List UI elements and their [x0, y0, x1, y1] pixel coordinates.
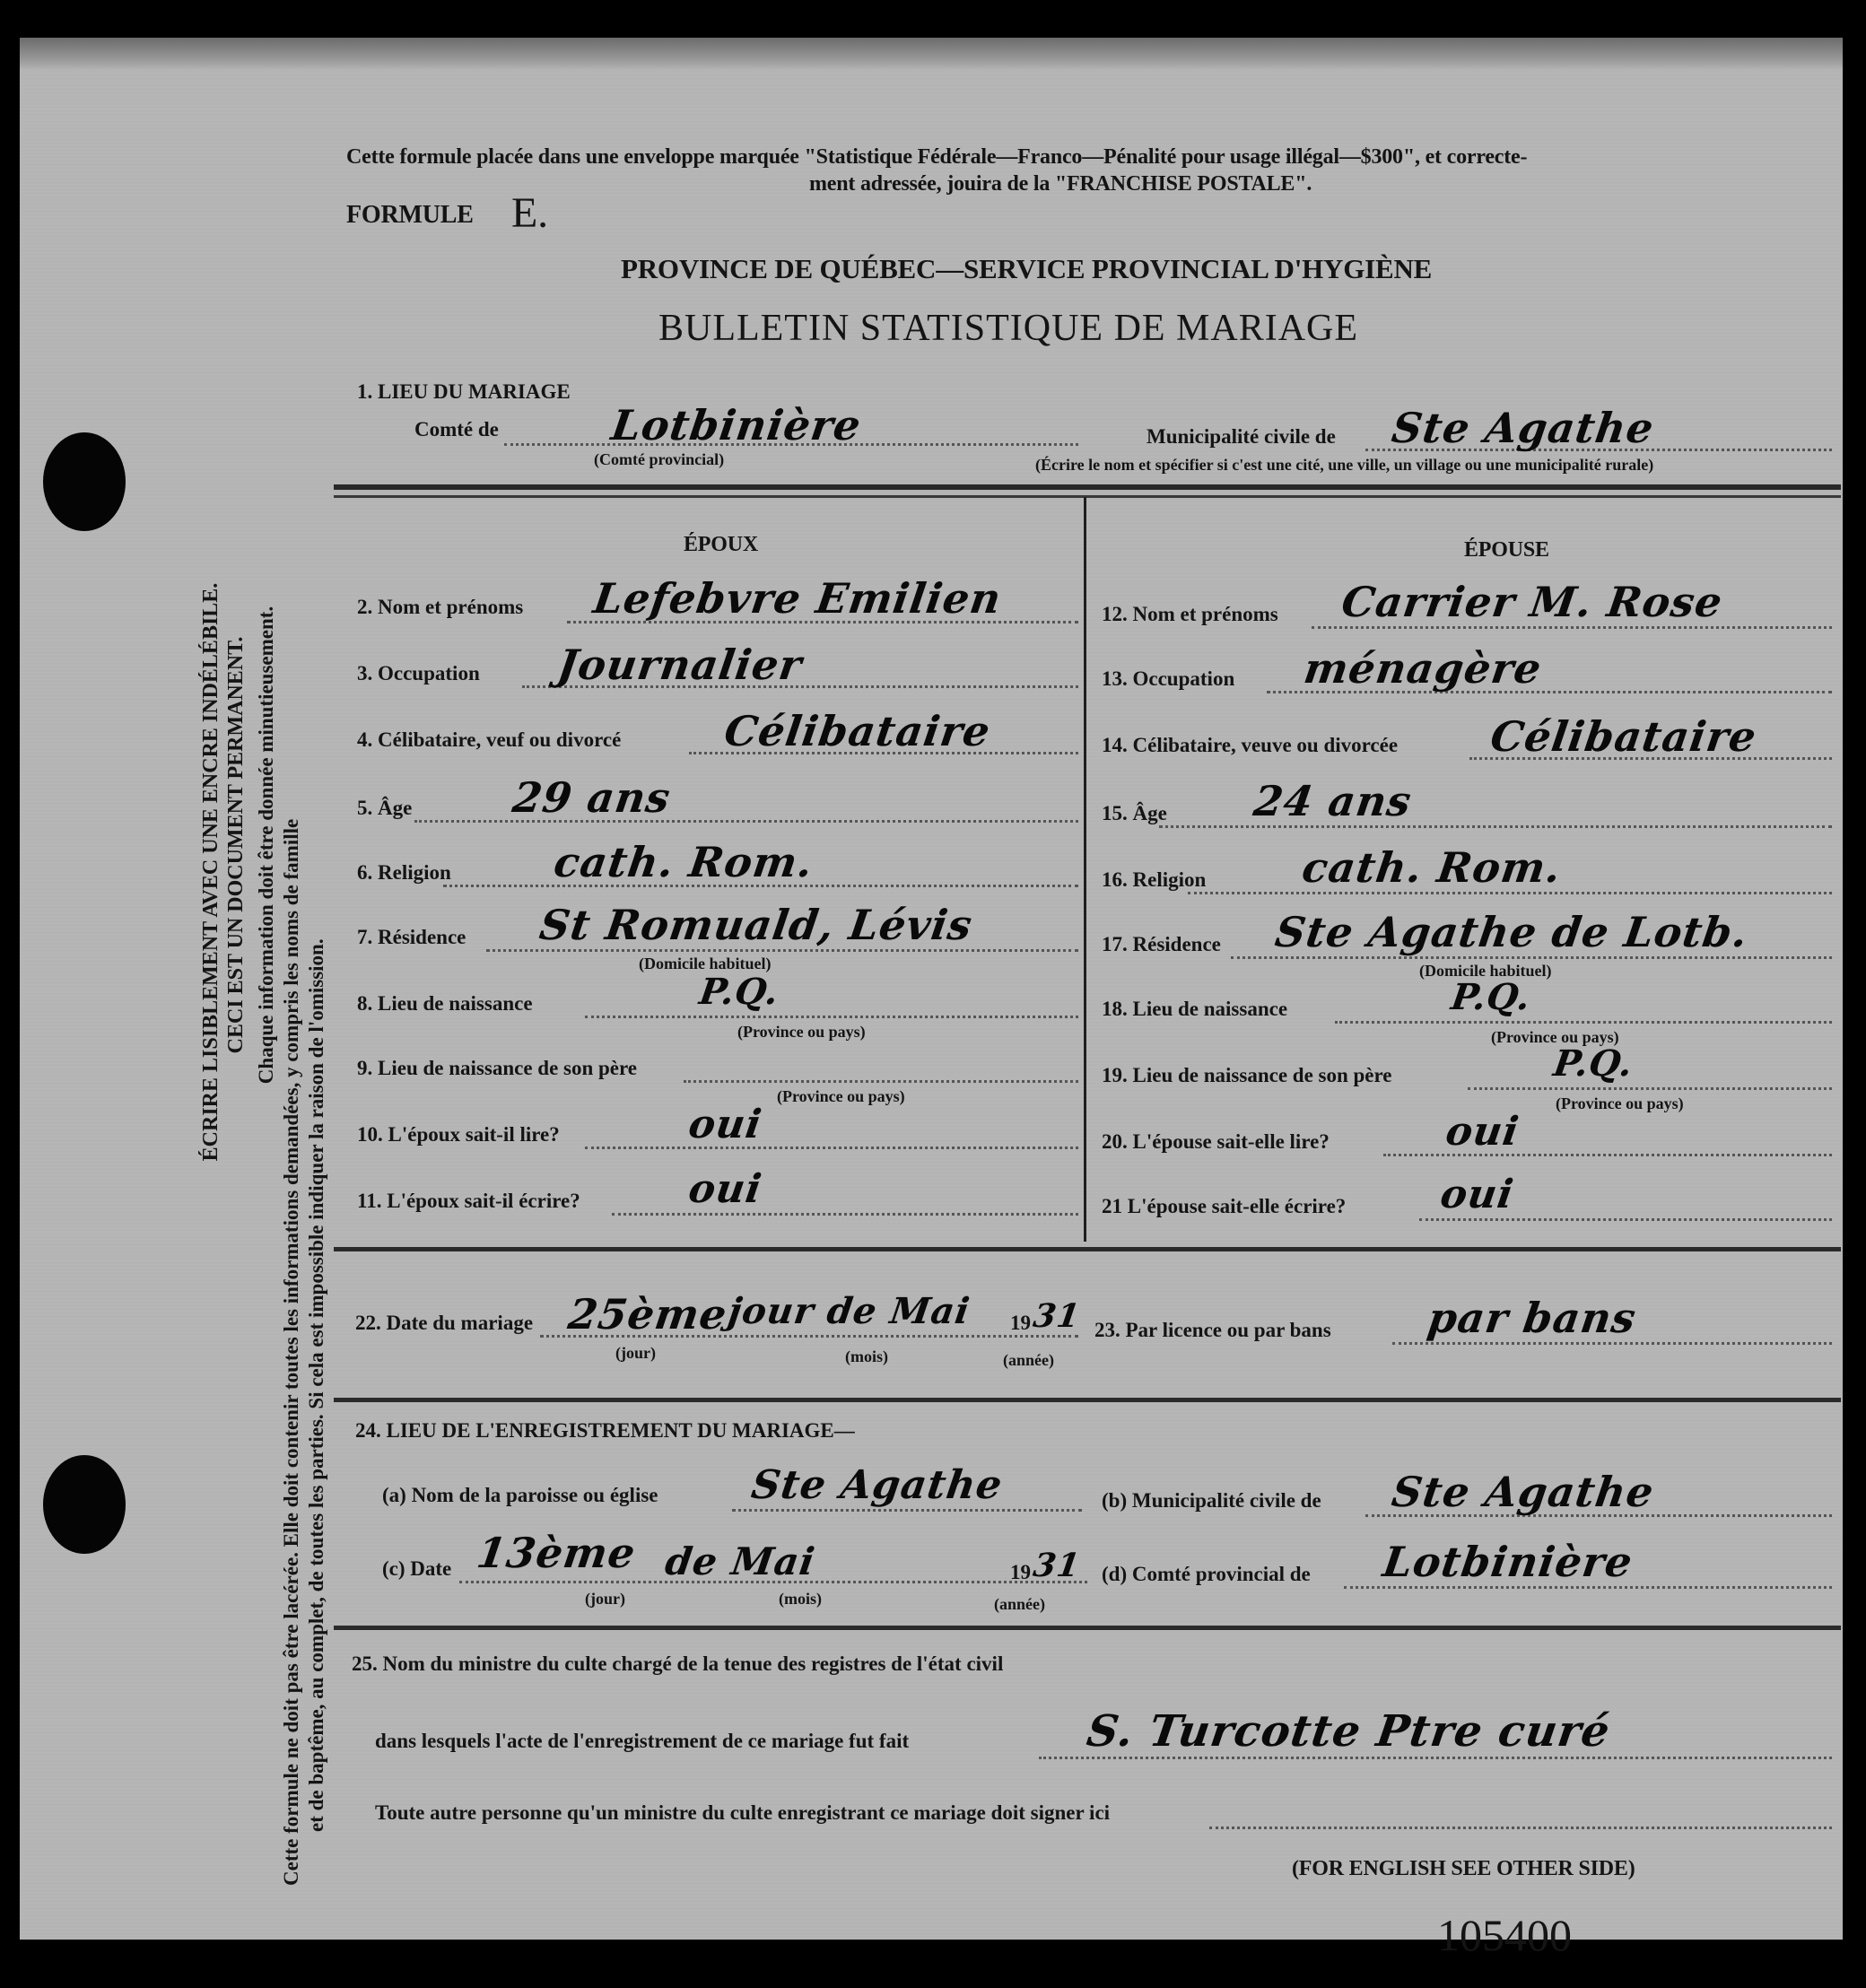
formule-letter: E.: [511, 188, 548, 238]
enreg-date-label: (c) Date: [382, 1557, 451, 1581]
side-note-line4: Cette formule ne doit pas être lacérée. …: [280, 127, 303, 1886]
enregistrement-section-label: 24. LIEU DE L'ENREGISTREMENT DU MARIAGE—: [355, 1419, 855, 1443]
epoux-ecrire-value[interactable]: oui: [685, 1166, 764, 1212]
comte-label: Comté de: [414, 418, 499, 441]
serial-number: 105400: [1437, 1909, 1572, 1961]
date-annee-value[interactable]: 31: [1031, 1297, 1083, 1335]
paroisse-value[interactable]: Ste Agathe: [748, 1462, 1005, 1508]
column-divider: [1084, 497, 1086, 1242]
divider-bottom: [334, 1626, 1841, 1630]
other-person-label: Toute autre personne qu'un ministre du c…: [375, 1801, 1110, 1825]
epouse-occupation-value[interactable]: ménagère: [1301, 644, 1545, 693]
enreg-date-jour-value[interactable]: 13ème: [474, 1529, 639, 1577]
epoux-age-value[interactable]: 29 ans: [510, 773, 674, 822]
epouse-naissance-value[interactable]: P.Q.: [1449, 976, 1534, 1018]
epouse-age-value[interactable]: 24 ans: [1251, 777, 1415, 825]
enreg-comte-label: (d) Comté provincial de: [1102, 1563, 1311, 1586]
epouse-naissance-pere-value[interactable]: P.Q.: [1551, 1042, 1636, 1085]
epouse-religion-value[interactable]: cath. Rom.: [1299, 843, 1565, 892]
divider-mid: [334, 1247, 1841, 1251]
enreg-comte-value[interactable]: Lotbinière: [1380, 1538, 1635, 1586]
comte-hint: (Comté provincial): [594, 450, 724, 469]
epoux-etat-value[interactable]: Célibataire: [721, 707, 993, 755]
scan-top-edge: [20, 38, 1843, 70]
epouse-etat-value[interactable]: Célibataire: [1487, 712, 1759, 761]
municipalite-value[interactable]: Ste Agathe: [1389, 404, 1657, 452]
date-mois-value[interactable]: jour de Mai: [726, 1290, 973, 1332]
epoux-heading: ÉPOUX: [684, 533, 758, 557]
formule-label: FORMULE: [346, 201, 474, 230]
date-mariage-label: 22. Date du mariage: [355, 1312, 533, 1335]
ministre-line2: dans lesquels l'acte de l'enregistrement…: [375, 1730, 909, 1753]
epouse-ecrire-value[interactable]: oui: [1437, 1172, 1516, 1217]
postal-notice-line1: Cette formule placée dans une enveloppe …: [346, 145, 1527, 170]
punch-hole-top: [43, 432, 126, 531]
divider-lower: [334, 1398, 1841, 1402]
enreg-annee-value[interactable]: 31: [1031, 1547, 1083, 1584]
epoux-lire-value[interactable]: oui: [685, 1102, 764, 1147]
licence-label: 23. Par licence ou par bans: [1094, 1319, 1331, 1342]
date-annee-prefix: 19: [1010, 1312, 1031, 1335]
other-person-signature-line[interactable]: [1209, 1827, 1832, 1829]
ministre-line1: 25. Nom du ministre du culte chargé de l…: [352, 1652, 1003, 1676]
side-note-line1: ÉCRIRE LISIBLEMENT AVEC UNE ENCRE INDÉLÉ…: [199, 334, 223, 1410]
epouse-nom-value[interactable]: Carrier M. Rose: [1338, 578, 1725, 626]
municipalite-hint: (Écrire le nom et spécifier si c'est une…: [1035, 456, 1653, 475]
paroisse-label: (a) Nom de la paroisse ou église: [382, 1484, 658, 1507]
epoux-religion-value[interactable]: cath. Rom.: [551, 838, 816, 886]
comte-value[interactable]: Lotbinière: [608, 401, 864, 449]
epoux-naissance-value[interactable]: P.Q.: [697, 971, 782, 1013]
epoux-occupation-value[interactable]: Journalier: [554, 641, 805, 689]
enreg-municipalite-value[interactable]: Ste Agathe: [1389, 1468, 1657, 1516]
licence-value[interactable]: par bans: [1425, 1294, 1639, 1342]
punch-hole-bottom: [43, 1455, 126, 1554]
side-note-line2: CECI EST UN DOCUMENT PERMANENT.: [224, 441, 249, 1249]
epoux-nom-value[interactable]: Lefebvre Emilien: [590, 574, 1005, 623]
english-note: (FOR ENGLISH SEE OTHER SIDE): [1292, 1857, 1635, 1881]
enreg-annee-prefix: 19: [1010, 1561, 1031, 1584]
page-title: BULLETIN STATISTIQUE DE MARIAGE: [658, 307, 1358, 350]
divider-top: [334, 484, 1841, 490]
side-note-line3: Chaque information doit être donnée minu…: [255, 441, 278, 1249]
province-line: PROVINCE DE QUÉBEC—SERVICE PROVINCIAL D'…: [621, 253, 1432, 285]
ministre-signature[interactable]: S. Turcotte Ptre curé: [1084, 1706, 1613, 1757]
side-note-line5: et de baptême, au complet, de toutes les…: [305, 289, 328, 1832]
enreg-municipalite-label: (b) Municipalité civile de: [1102, 1489, 1321, 1513]
municipalite-label: Municipalité civile de: [1147, 425, 1336, 449]
enreg-date-mois-value[interactable]: de Mai: [663, 1539, 818, 1583]
epouse-lire-value[interactable]: oui: [1443, 1109, 1522, 1155]
epouse-heading: ÉPOUSE: [1464, 538, 1549, 562]
epouse-residence-value[interactable]: Ste Agathe de Lotb.: [1272, 908, 1751, 956]
date-jour-value[interactable]: 25ème: [565, 1290, 730, 1338]
lieu-section-label: 1. LIEU DU MARIAGE: [357, 380, 571, 404]
postal-notice-line2: ment adressée, jouira de la "FRANCHISE P…: [809, 172, 1312, 196]
form-paper: ÉCRIRE LISIBLEMENT AVEC UNE ENCRE INDÉLÉ…: [20, 38, 1843, 1940]
epoux-residence-value[interactable]: St Romuald, Lévis: [536, 901, 975, 949]
